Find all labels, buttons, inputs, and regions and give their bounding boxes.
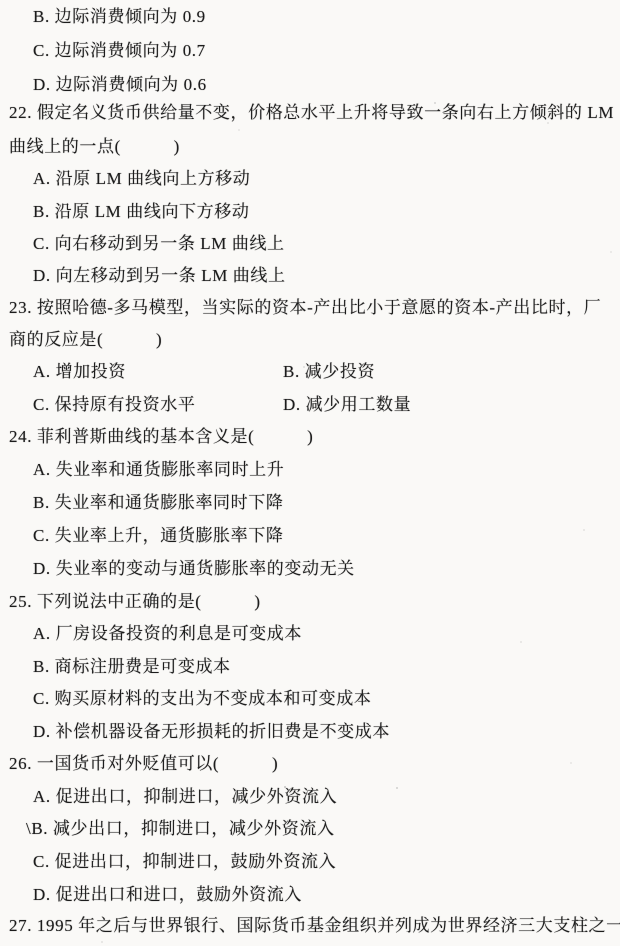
q25-option-a: A. 厂房设备投资的利息是可变成本 [33,623,302,645]
q24-option-c: C. 失业率上升，通货膨胀率下降 [33,525,283,547]
orphan-option-c: C. 边际消费倾向为 0.7 [33,40,206,62]
q22-stem-line1: 22. 假定名义货币供给量不变，价格总水平上升将导致一条向右上方倾斜的 LM [9,102,614,124]
q26-option-a: A. 促进出口，抑制进口，减少外资流入 [33,786,337,808]
q27-stem-line1: 27. 1995 年之后与世界银行、国际货币基金组织并列成为世界经济三大支柱之一 [9,915,620,937]
orphan-option-d: D. 边际消费倾向为 0.6 [33,74,207,96]
orphan-option-b: B. 边际消费倾向为 0.9 [33,6,206,28]
q22-option-d: D. 向左移动到另一条 LM 曲线上 [33,265,286,287]
q23-stem-line2: 商的反应是( ) [9,329,162,351]
q22-option-b: B. 沿原 LM 曲线向下方移动 [33,201,249,223]
q23-stem-line1: 23. 按照哈德-多马模型，当实际的资本-产出比小于意愿的资本-产出比时，厂 [9,297,601,319]
q23-option-c: C. 保持原有投资水平 [33,394,195,416]
q22-stem-line2: 曲线上的一点( ) [9,136,180,158]
q25-stem-line1: 25. 下列说法中正确的是( ) [9,591,261,613]
q24-option-b: B. 失业率和通货膨胀率同时下降 [33,492,283,514]
q23-option-a: A. 增加投资 [33,361,126,383]
scan-speckle-noise [0,0,2,2]
q22-option-c: C. 向右移动到另一条 LM 曲线上 [33,233,285,255]
q24-option-a: A. 失业率和通货膨胀率同时上升 [33,459,284,481]
q24-option-d: D. 失业率的变动与通货膨胀率的变动无关 [33,558,355,580]
q24-stem-line1: 24. 菲利普斯曲线的基本含义是( ) [9,426,313,448]
q23-option-b: B. 减少投资 [283,361,375,383]
q26-option-b: \B. 减少出口，抑制进口，减少外资流入 [26,818,335,840]
q25-option-d: D. 补偿机器设备无形损耗的折旧费是不变成本 [33,721,390,743]
q23-option-d: D. 减少用工数量 [283,394,411,416]
q25-option-b: B. 商标注册费是可变成本 [33,656,231,678]
q26-option-c: C. 促进出口，抑制进口，鼓励外资流入 [33,851,336,873]
q22-option-a: A. 沿原 LM 曲线向上方移动 [33,168,250,190]
q26-stem-line1: 26. 一国货币对外贬值可以( ) [9,753,278,775]
scanned-exam-page: B. 边际消费倾向为 0.9 C. 边际消费倾向为 0.7 D. 边际消费倾向为… [0,0,620,946]
q25-option-c: C. 购买原材料的支出为不变成本和可变成本 [33,688,371,710]
q26-option-d: D. 促进出口和进口，鼓励外资流入 [33,884,302,906]
